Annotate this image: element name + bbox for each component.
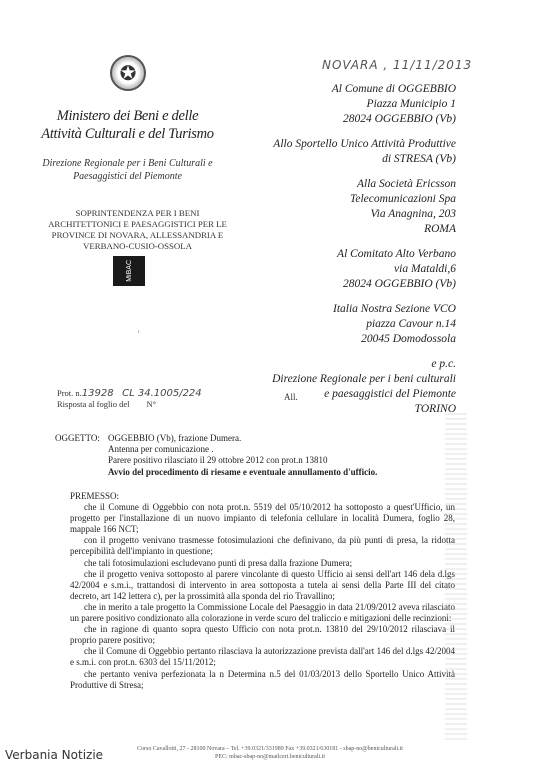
- paragraph: che il Comune di Oggebbio pertanto rilas…: [70, 646, 455, 668]
- paragraph: che pertanto veniva perfezionata la n De…: [70, 669, 455, 691]
- watermark: Verbania Notizie: [3, 748, 105, 762]
- recipient-sportello: Allo Sportello Unico Attività Produttive…: [176, 137, 456, 167]
- protocol-number: 13928: [82, 388, 114, 399]
- paragraph: con il progetto venivano trasmesse fotos…: [70, 535, 455, 557]
- classification: CL 34.1005/224: [122, 388, 202, 399]
- recipient-ericsson: Alla Società Ericsson Telecomunicazioni …: [176, 177, 456, 237]
- recipient-cc: e p.c. Direzione Regionale per i beni cu…: [176, 357, 456, 417]
- recipient-comune: Al Comune di OGGEBBIO Piazza Municipio 1…: [176, 82, 456, 127]
- mibac-logo-icon: MiBAC: [113, 256, 145, 286]
- paragraph: che tali fotosimulazioni escludevano pun…: [70, 558, 455, 569]
- pen-mark: ˒: [137, 325, 140, 336]
- subject-text: OGGEBBIO (Vb), frazione Dumera. Antenna …: [108, 433, 377, 478]
- recipient-comitato: Al Comitato Alto Verbano via Mataldi,6 2…: [176, 247, 456, 292]
- attachments-label: All.: [284, 392, 298, 402]
- paragraph: che in ragione di quanto sopra questo Uf…: [70, 624, 455, 646]
- paragraph: che il progetto veniva sottoposto al par…: [70, 569, 455, 602]
- handwritten-date: NOVARA , 11/11/2013: [322, 58, 472, 72]
- letter-body: PREMESSO: che il Comune di Oggebbio con …: [70, 491, 455, 691]
- protocol-block: Prot. n.13928 CL 34.1005/224 Risposta al…: [57, 388, 202, 410]
- paragraph: che in merito a tale progetto la Commiss…: [70, 602, 455, 624]
- paragraph: che il Comune di Oggebbio con nota prot.…: [70, 502, 455, 535]
- subject-label: OGGETTO:: [55, 433, 100, 443]
- recipients-block: Al Comune di OGGEBBIO Piazza Municipio 1…: [176, 82, 456, 427]
- premesso-heading: PREMESSO:: [70, 491, 455, 502]
- recipient-italia-nostra: Italia Nostra Sezione VCO piazza Cavour …: [176, 302, 456, 347]
- footer-address: Corso Cavallotti, 27 - 28100 Novara – Te…: [60, 745, 480, 761]
- scan-artifact: [445, 410, 467, 740]
- emblem-icon: ✪: [110, 55, 146, 91]
